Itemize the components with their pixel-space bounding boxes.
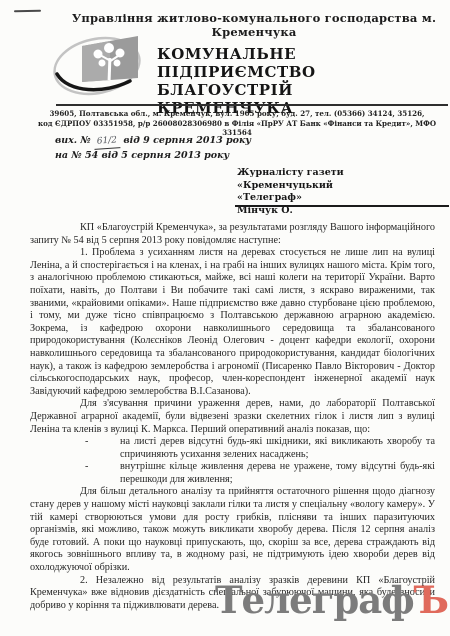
addressee-block: Журналісту газети «Кременчуцький «Телегр…: [237, 167, 442, 217]
paragraph-lab: Для з'ясування причини ураження дерев, н…: [30, 398, 435, 436]
paragraph-intro: КП «Благоустрій Кременчука», за результа…: [30, 222, 435, 247]
tree-logo-icon: [50, 32, 148, 100]
paragraph-item1: 1. Проблема з усиханням листя на деревах…: [30, 247, 435, 398]
watermark-gray-text: Телеграф: [215, 578, 414, 622]
reference-block: вих. № 61/2 від 9 серпня 2013 року на № …: [55, 134, 251, 162]
scanned-letter-page: Управління житлово-комунального господар…: [0, 0, 450, 636]
bullet-item-1: - на листі дерев відсутні будь-які шкідн…: [30, 436, 435, 461]
addressee-underline: [235, 205, 449, 207]
handwritten-ref-number: 61/2: [94, 134, 121, 150]
bullet-item-2: - внутрішнє кільце живлення дерева не ур…: [30, 461, 435, 486]
outgoing-ref-prefix: вих. №: [55, 135, 91, 146]
addressee-line1: Журналісту газети «Кременчуцький: [237, 167, 442, 192]
bullet-2-text: внутрішнє кільце живлення дерева не ураж…: [120, 461, 435, 485]
letterhead-divider: [56, 104, 448, 106]
paragraph-camera: Для більш детального аналізу та прийнятт…: [30, 486, 435, 574]
outgoing-ref-date: від 9 серпня 2013 року: [123, 135, 251, 146]
telegraf-watermark: ТелеграфЪ: [215, 580, 448, 620]
company-name: КОМУНАЛЬНЕ ПІДПРИЄМСТВО БЛАГОУСТРІЙ КРЕМ…: [157, 45, 440, 117]
outgoing-ref-line: вих. № 61/2 від 9 серпня 2013 року: [55, 134, 251, 149]
company-tree-logo: [50, 32, 148, 100]
bullet-1-text: на листі дерев відсутні будь-які шкідник…: [120, 436, 435, 460]
bullet-dash: -: [85, 436, 88, 449]
letter-body: КП «Благоустрій Кременчука», за результа…: [30, 222, 435, 612]
incoming-ref-line: на № 54 від 5 серпня 2013 року: [55, 149, 251, 162]
company-name-line1: КОМУНАЛЬНЕ ПІДПРИЄМСТВО: [157, 45, 440, 81]
watermark-red-letter: Ъ: [414, 578, 448, 622]
address-line1: 39605, Полтавська обл., м. Кременчук, ву…: [26, 109, 448, 119]
addressee-line2: «Телеграф»: [237, 192, 442, 205]
bullet-dash: -: [85, 461, 88, 474]
scan-artifact-dash: [14, 10, 41, 12]
